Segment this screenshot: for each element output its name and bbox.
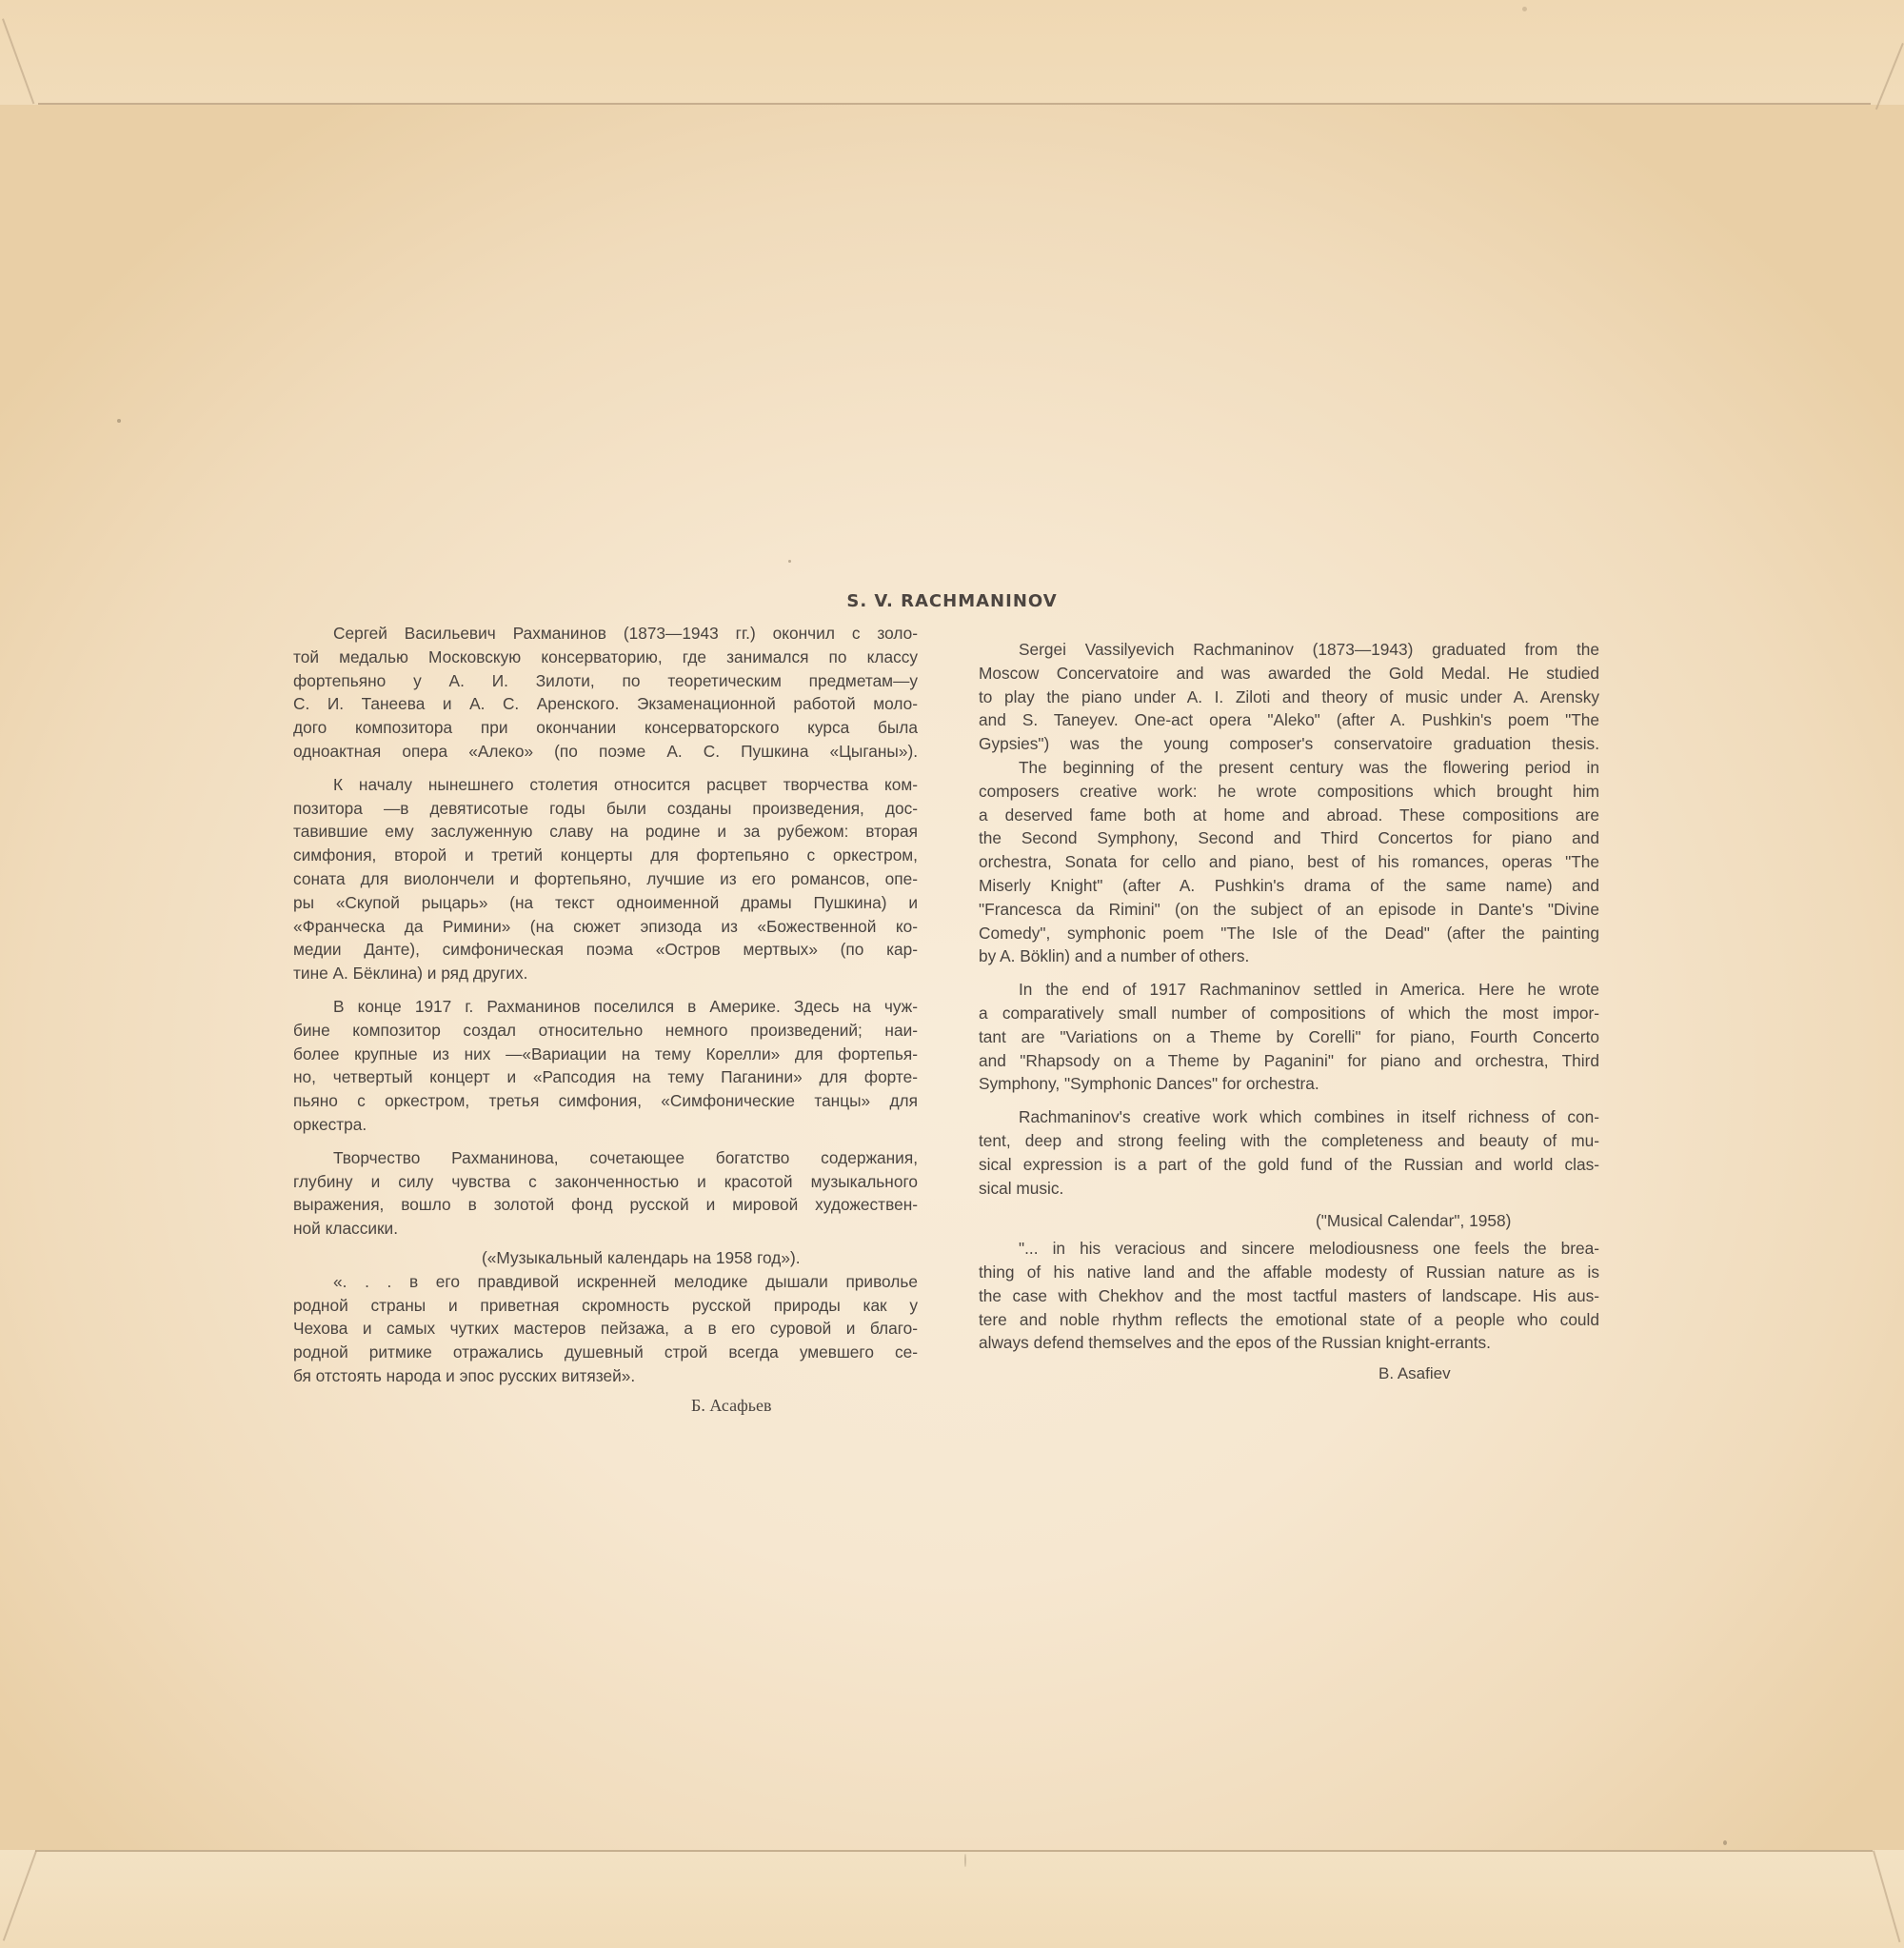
text-line: Symphony, "Symphonic Dances" for orchest…	[979, 1072, 1599, 1096]
en-paragraph-1: Sergei Vassilyevich Rachmaninov (1873—19…	[979, 638, 1599, 756]
text-line: глубину и силу чувства с законченностью …	[293, 1170, 918, 1194]
en-quote: "... in his veracious and sincere melodi…	[979, 1237, 1599, 1355]
text-line: "... in his veracious and sincere melodi…	[979, 1237, 1599, 1261]
text-line: тавившие ему заслуженную славу на родине…	[293, 820, 918, 844]
paper-speck	[1522, 7, 1527, 11]
text-line: бя отстоять народа и эпос русских витязе…	[293, 1364, 918, 1388]
text-line: более крупные из них —«Вариации на тему …	[293, 1043, 918, 1066]
text-line: always defend themselves and the epos of…	[979, 1331, 1599, 1355]
ru-signature: Б. Асафьев	[293, 1394, 918, 1418]
text-line: Miserly Knight" (after A. Pushkin's dram…	[979, 874, 1599, 898]
bottom-glued-flap	[0, 1850, 1904, 1948]
ru-paragraph-1: Сергей Васильевич Рахманинов (1873—1943 …	[293, 622, 918, 764]
text-line: К началу нынешнего столетия относится ра…	[293, 773, 918, 797]
text-line: and "Rhapsody on a Theme by Paganini" fo…	[979, 1049, 1599, 1073]
paper-speck	[964, 1854, 966, 1867]
paper-speck	[117, 419, 121, 423]
text-line: «Франческа да Римини» (на сюжет эпизода …	[293, 915, 918, 939]
text-line: дого композитора при окончании консерват…	[293, 716, 918, 740]
text-line: by A. Böklin) and a number of others.	[979, 944, 1599, 968]
text-line: тине А. Бёклина) и ряд других.	[293, 962, 918, 985]
text-line: orchestra, Sonata for cello and piano, b…	[979, 850, 1599, 874]
text-line: ной классики.	[293, 1217, 918, 1241]
text-line: соната для виолончели и фортепьяно, лучш…	[293, 867, 918, 891]
bottom-fold-line	[35, 1850, 1873, 1852]
en-paragraph-3: In the end of 1917 Rachmaninov settled i…	[979, 978, 1599, 1096]
text-line: Moscow Concervatoire and was awarded the…	[979, 662, 1599, 686]
page-title: S. V. RACHMANINOV	[0, 591, 1904, 611]
ru-paragraph-4: Творчество Рахманинова, сочетающее богат…	[293, 1146, 918, 1241]
text-line: родной ритмике отражались душевный строй…	[293, 1341, 918, 1364]
en-paragraph-4: Rachmaninov's creative work which combin…	[979, 1105, 1599, 1200]
text-line: Gypsies") was the young composer's conse…	[979, 732, 1599, 756]
text-line: пьяно с оркестром, третья симфония, «Сим…	[293, 1089, 918, 1113]
text-line: Rachmaninov's creative work which combin…	[979, 1105, 1599, 1129]
text-line: В конце 1917 г. Рахманинов поселился в А…	[293, 995, 918, 1019]
text-line: одноактная опера «Алеко» (по поэме А. С.…	[293, 740, 918, 764]
paper-speck	[788, 560, 791, 563]
text-line: thing of his native land and the affable…	[979, 1261, 1599, 1284]
top-fold-line	[38, 103, 1871, 105]
ru-quote: «. . . в его правдивой искренней мелодик…	[293, 1270, 918, 1388]
ru-paragraph-3: В конце 1917 г. Рахманинов поселился в А…	[293, 995, 918, 1137]
russian-text-column: Сергей Васильевич Рахманинов (1873—1943 …	[293, 622, 918, 1418]
text-line: позитора —в девятисотые годы были создан…	[293, 797, 918, 821]
text-line: "Francesca da Rimini" (on the subject of…	[979, 898, 1599, 922]
top-glued-flap	[0, 0, 1904, 105]
ru-source-citation: («Музыкальный календарь на 1958 год»).	[293, 1246, 918, 1270]
text-line: оркестра.	[293, 1113, 918, 1137]
text-line: но, четвертый концерт и «Рапсодия на тем…	[293, 1065, 918, 1089]
en-signature: B. Asafiev	[979, 1362, 1599, 1386]
text-line: the Second Symphony, Second and Third Co…	[979, 826, 1599, 850]
text-line: медии Данте), симфоническая поэма «Остро…	[293, 938, 918, 962]
text-line: In the end of 1917 Rachmaninov settled i…	[979, 978, 1599, 1002]
text-line: to play the piano under A. I. Ziloti and…	[979, 686, 1599, 709]
en-source-citation: ("Musical Calendar", 1958)	[979, 1209, 1599, 1233]
text-line: той медалью Московскую консерваторию, гд…	[293, 646, 918, 669]
en-paragraph-2: The beginning of the present century was…	[979, 756, 1599, 968]
text-line: a deserved fame both at home and abroad.…	[979, 804, 1599, 827]
text-line: a comparatively small number of composit…	[979, 1002, 1599, 1025]
text-line: фортепьяно у А. И. Зилоти, по теоретичес…	[293, 669, 918, 693]
text-line: ры «Скупой рыцарь» (на текст одноименной…	[293, 891, 918, 915]
text-line: Сергей Васильевич Рахманинов (1873—1943 …	[293, 622, 918, 646]
paper-speck	[1723, 1840, 1727, 1845]
english-text-column: Sergei Vassilyevich Rachmaninov (1873—19…	[979, 638, 1599, 1386]
text-line: The beginning of the present century was…	[979, 756, 1599, 780]
text-line: composers creative work: he wrote compos…	[979, 780, 1599, 804]
text-line: Comedy", symphonic poem "The Isle of the…	[979, 922, 1599, 945]
text-line: бине композитор создал относительно немн…	[293, 1019, 918, 1043]
text-line: Чехова и самых чутких мастеров пейзажа, …	[293, 1317, 918, 1341]
text-line: and S. Taneyev. One-act opera "Aleko" (a…	[979, 708, 1599, 732]
text-line: tent, deep and strong feeling with the c…	[979, 1129, 1599, 1153]
text-line: sical expression is a part of the gold f…	[979, 1153, 1599, 1177]
text-line: Творчество Рахманинова, сочетающее богат…	[293, 1146, 918, 1170]
text-line: tere and noble rhythm reflects the emoti…	[979, 1308, 1599, 1332]
text-line: симфония, второй и третий концерты для ф…	[293, 844, 918, 867]
record-sleeve-back	[0, 0, 1904, 1948]
text-line: выражения, вошло в золотой фонд русской …	[293, 1193, 918, 1217]
text-line: tant are "Variations on a Theme by Corel…	[979, 1025, 1599, 1049]
ru-paragraph-2: К началу нынешнего столетия относится ра…	[293, 773, 918, 985]
text-line: С. И. Танеева и А. С. Аренского. Экзамен…	[293, 692, 918, 716]
text-line: родной страны и приветная скромность рус…	[293, 1294, 918, 1318]
text-line: «. . . в его правдивой искренней мелодик…	[293, 1270, 918, 1294]
text-line: Sergei Vassilyevich Rachmaninov (1873—19…	[979, 638, 1599, 662]
text-line: the case with Chekhov and the most tactf…	[979, 1284, 1599, 1308]
text-line: sical music.	[979, 1177, 1599, 1201]
